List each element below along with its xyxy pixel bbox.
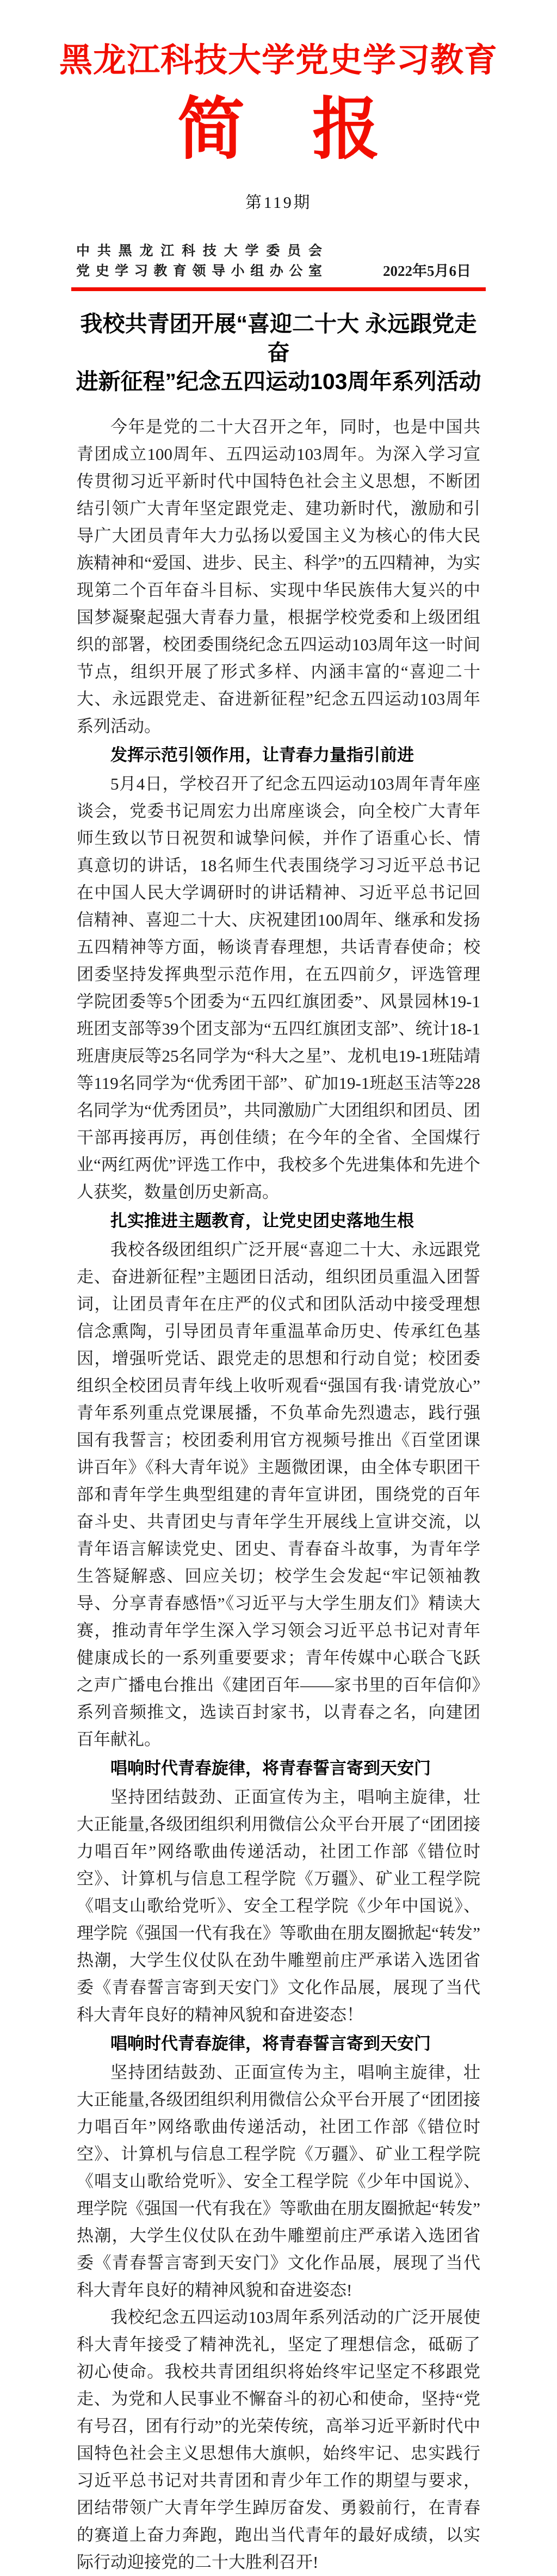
headline-line-2: 进新征程”纪念五四运动103周年系列活动 [72, 367, 485, 396]
issue-date: 2022年5月6日 [383, 259, 481, 281]
issuer-line-2: 党史学习教育领导小组办公室 [76, 261, 322, 281]
headline-line-1: 我校共青团开展“喜迎二十大 永远跟党走 奋 [72, 310, 485, 367]
issuer-line-1: 中共黑龙江科技大学委员会 [76, 241, 322, 261]
masthead-supertitle: 黑龙江科技大学党史学习教育 [0, 42, 557, 79]
body-paragraph: 我校各级团组织广泛开展“喜迎二十大、永远跟党走、奋进新征程”主题团日活动，组织团… [77, 1236, 480, 1753]
red-divider [71, 287, 486, 291]
issuer-block: 中共黑龙江科技大学委员会 党史学习教育领导小组办公室 [76, 241, 322, 281]
body-paragraph: 坚持团结鼓劲、正面宣传为主，唱响主旋律，壮大正能量,各级团组织利用微信公众平台开… [77, 2059, 480, 2304]
body-paragraph: 5月4日，学校召开了纪念五四运动103周年青年座谈会，党委书记周宏力出席座谈会，… [77, 771, 480, 1206]
section-heading: 发挥示范引领作用，让青春力量指引前进 [77, 742, 480, 769]
masthead: 黑龙江科技大学党史学习教育 简 报 第119期 [0, 42, 557, 213]
section-heading: 扎实推进主题教育，让党史团史落地生根 [77, 1207, 480, 1235]
body-paragraph: 今年是党的二十大召开之年，同时，也是中国共青团成立100周年、五四运动103周年… [77, 414, 480, 740]
masthead-title: 简 报 [0, 94, 557, 165]
section-heading: 唱响时代青春旋律，将青春誓言寄到天安门 [77, 2030, 480, 2057]
section-heading: 唱响时代青春旋律，将青春誓言寄到天安门 [77, 1755, 480, 1782]
issue-number: 第119期 [0, 189, 557, 213]
bulletin-page: 黑龙江科技大学党史学习教育 简 报 第119期 中共黑龙江科技大学委员会 党史学… [0, 0, 557, 2576]
body-paragraph: 坚持团结鼓劲、正面宣传为主，唱响主旋律，壮大正能量,各级团组织利用微信公众平台开… [77, 1784, 480, 2029]
article-headline: 我校共青团开展“喜迎二十大 永远跟党走 奋 进新征程”纪念五四运动103周年系列… [72, 310, 485, 396]
article-body: 今年是党的二十大召开之年，同时，也是中国共青团成立100周年、五四运动103周年… [77, 414, 480, 2576]
issuer-row: 中共黑龙江科技大学委员会 党史学习教育领导小组办公室 2022年5月6日 [76, 241, 481, 281]
body-paragraph: 我校纪念五四运动103周年系列活动的广泛开展使科大青年接受了精神洗礼，坚定了理想… [77, 2304, 480, 2576]
